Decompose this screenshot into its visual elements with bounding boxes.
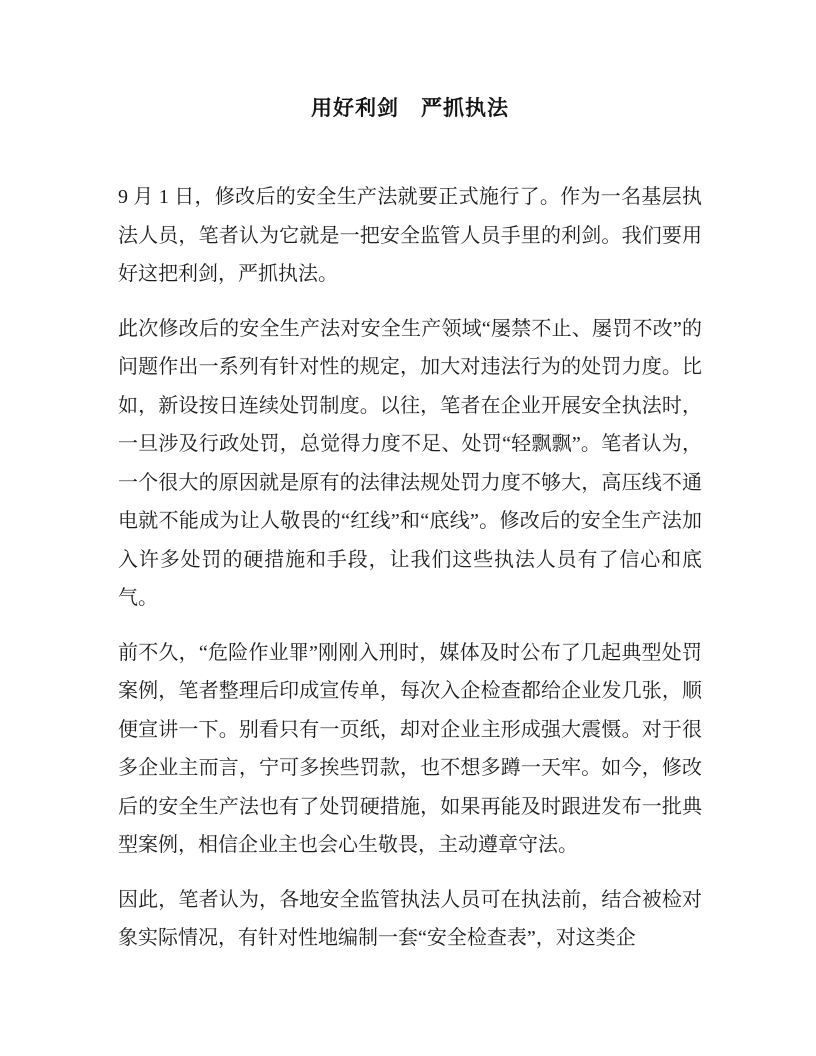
- paragraph-amendment-details: 此次修改后的安全生产法对安全生产领域“屡禁不止、屡罚不改”的问题作出一系列有针对…: [118, 310, 702, 618]
- paragraph-conclusion: 因此，笔者认为，各地安全监管执法人员可在执法前，结合被检对象实际情况，有针对性地…: [118, 881, 702, 958]
- document-page: 用好利剑 严抓执法 9 月 1 日，修改后的安全生产法就要正式施行了。作为一名基…: [0, 0, 816, 1056]
- document-title: 用好利剑 严抓执法: [118, 89, 702, 127]
- document-content: 用好利剑 严抓执法 9 月 1 日，修改后的安全生产法就要正式施行了。作为一名基…: [118, 89, 702, 974]
- paragraph-intro: 9 月 1 日，修改后的安全生产法就要正式施行了。作为一名基层执法人员，笔者认为…: [118, 178, 702, 294]
- paragraph-case-examples: 前不久，“危险作业罪”刚刚入刑时，媒体及时公布了几起典型处罚案例，笔者整理后印成…: [118, 634, 702, 865]
- document-body: 9 月 1 日，修改后的安全生产法就要正式施行了。作为一名基层执法人员，笔者认为…: [118, 178, 702, 958]
